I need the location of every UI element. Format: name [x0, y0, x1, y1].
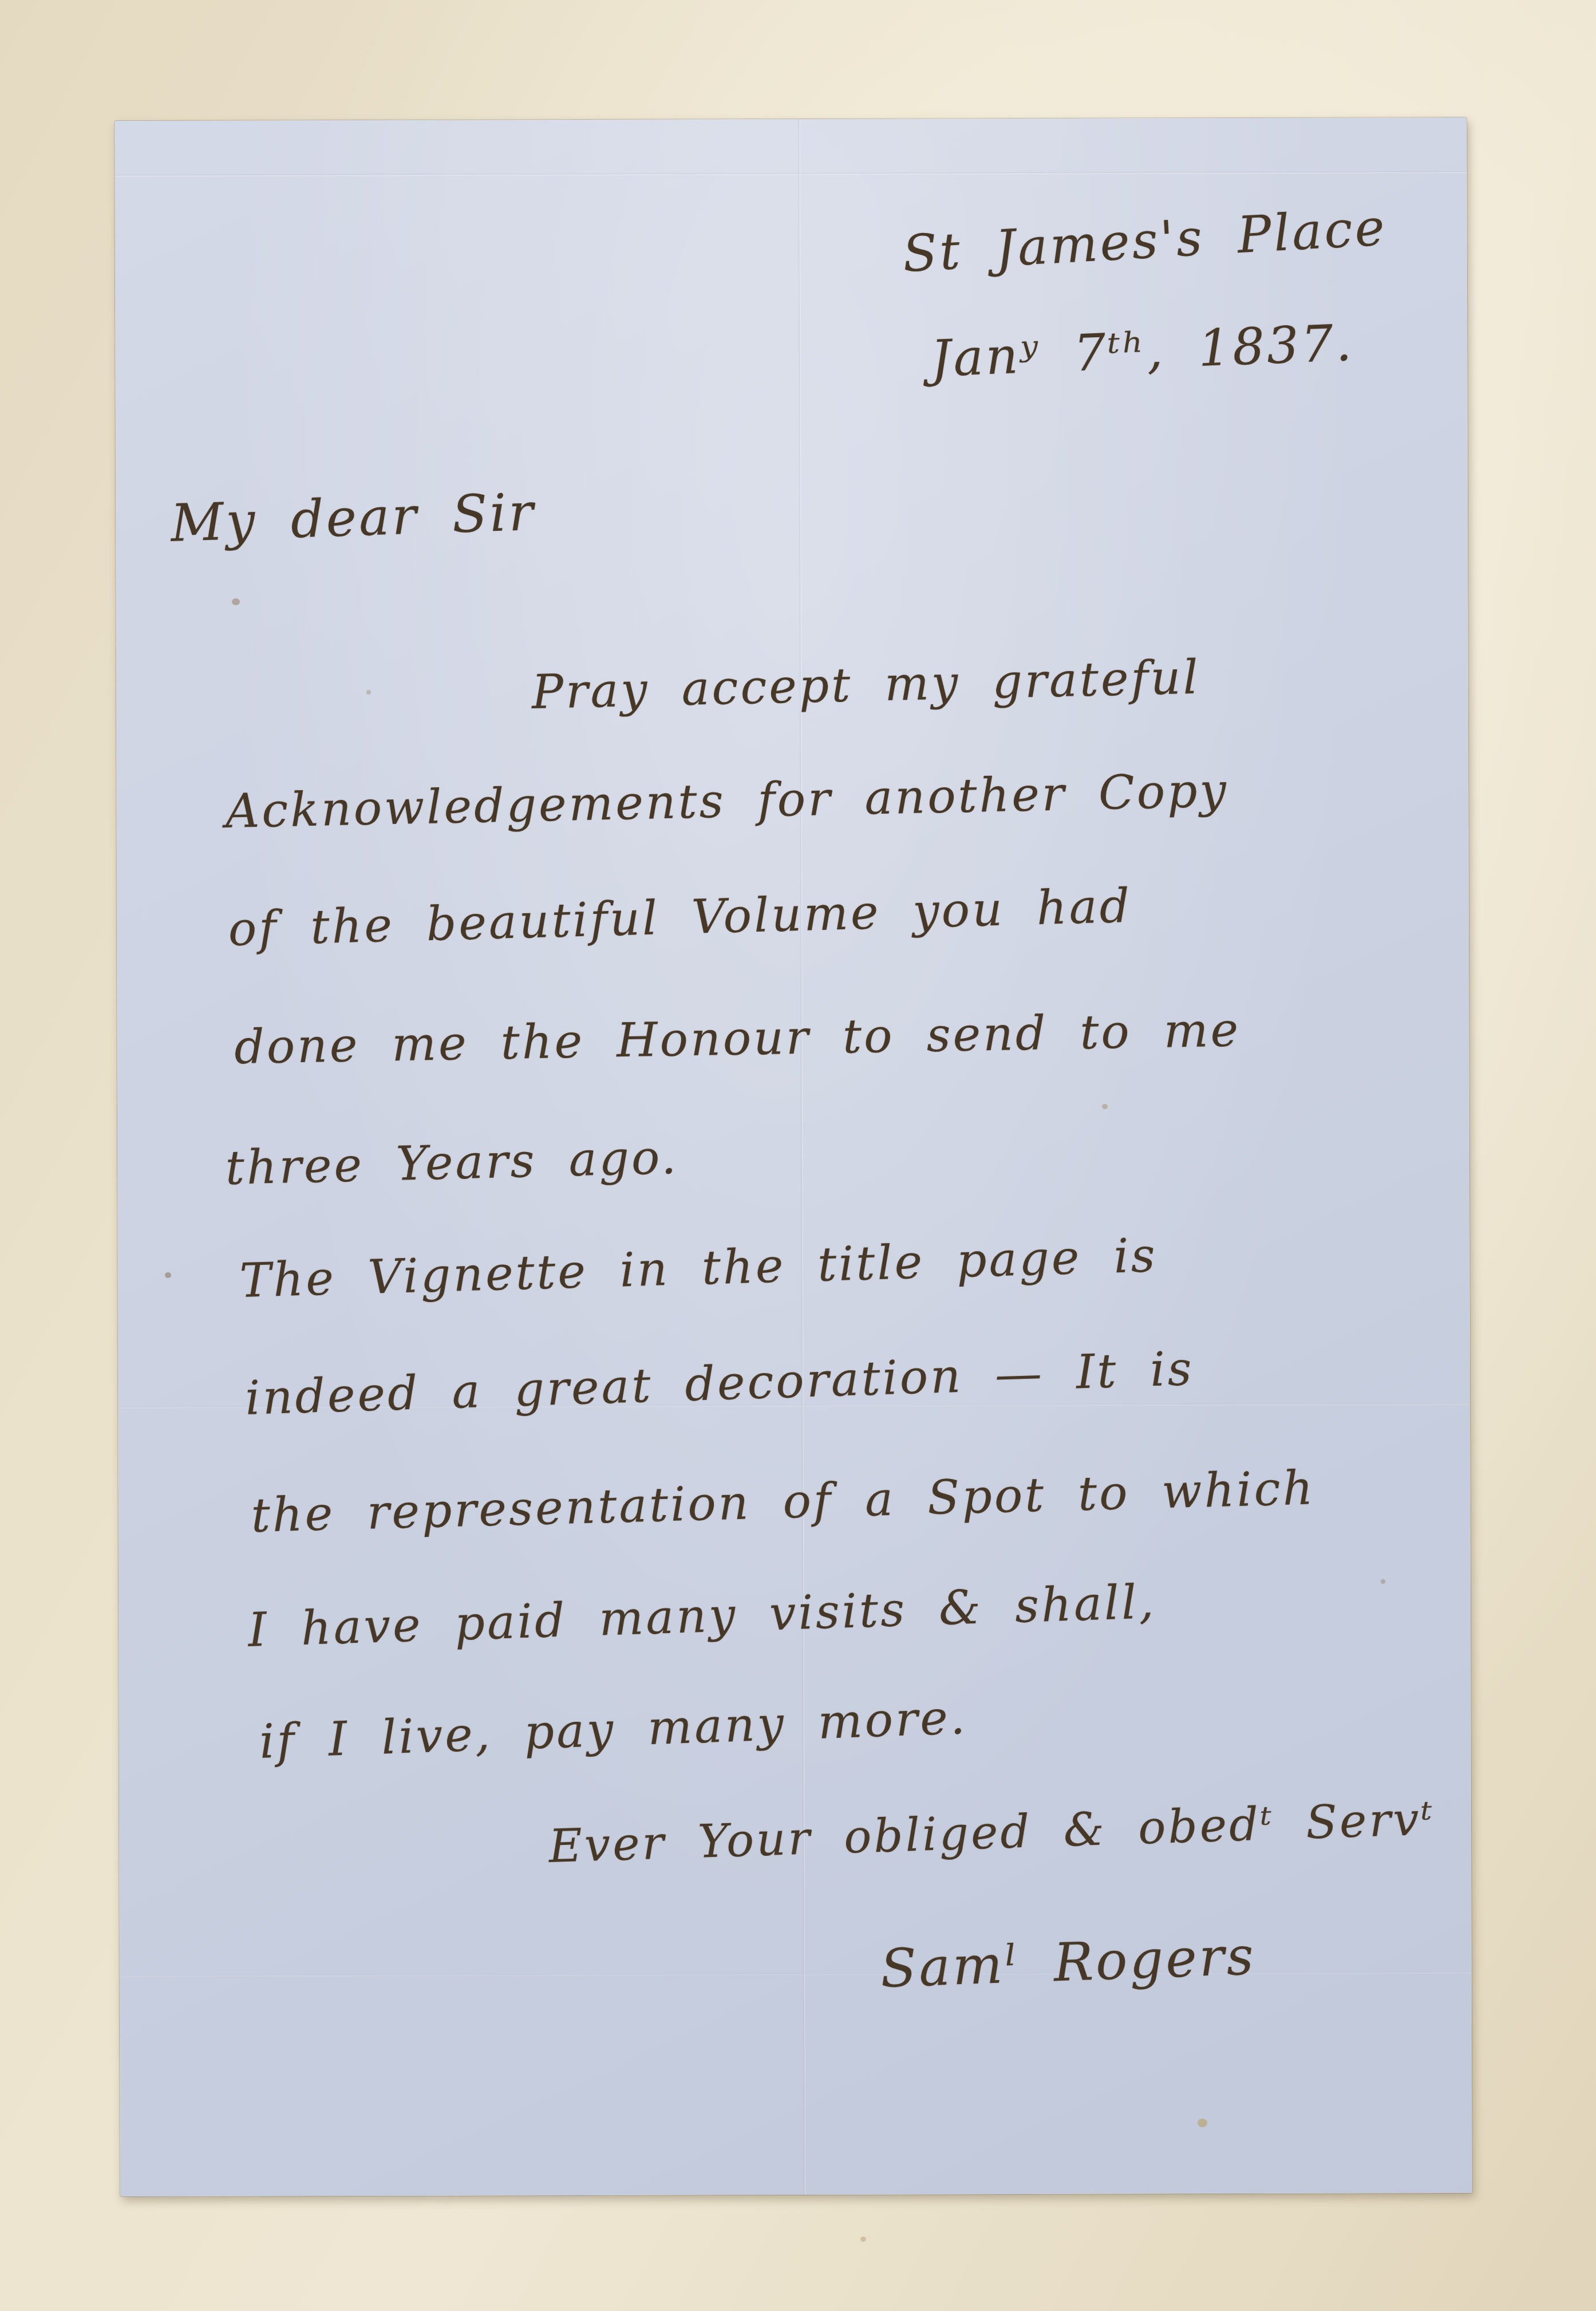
foxing-spot [1198, 2119, 1207, 2127]
body-line: three Years ago. [225, 1130, 679, 1196]
foxing-spot [366, 690, 371, 695]
foxing-spot [232, 598, 240, 605]
fold-crease-vertical [797, 119, 805, 2195]
foxing-spot [1381, 1579, 1385, 1584]
salutation: My dear Sir [170, 482, 536, 554]
signature: Samˡ Rogers [879, 1925, 1257, 2000]
foxing-spot [165, 1272, 171, 1278]
fold-crease-top [115, 171, 1467, 177]
photo-background: St James's Place Janʸ 7ᵗʰ, 1837. My dear… [0, 0, 1596, 2311]
foxing-spot [860, 2237, 866, 2242]
foxing-spot [1102, 1104, 1108, 1109]
fold-crease-lower [120, 1971, 1472, 1977]
